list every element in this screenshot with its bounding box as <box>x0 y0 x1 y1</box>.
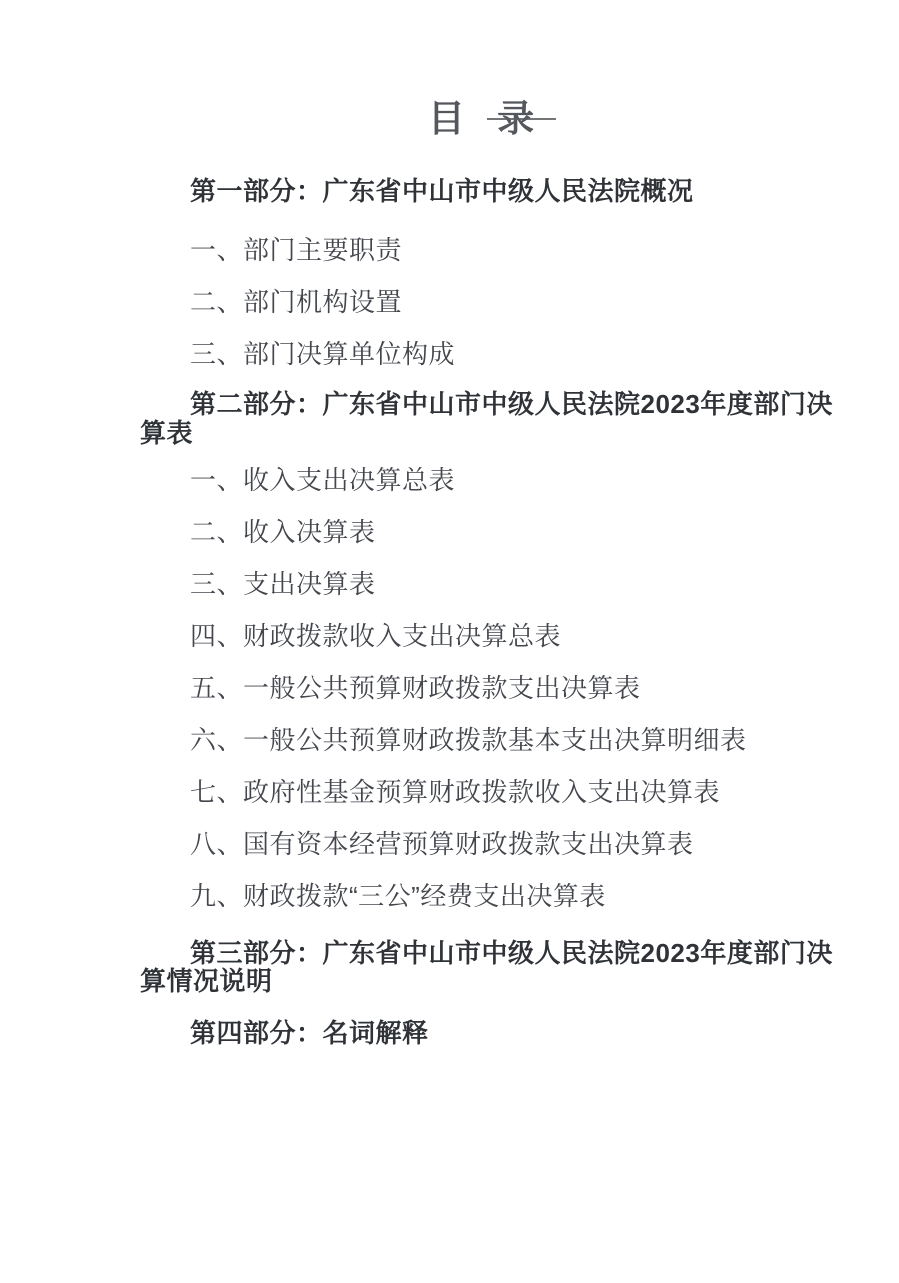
toc-item: 五、一般公共预算财政拨款支出决算表 <box>140 674 809 702</box>
toc-heading-part2-line1: 第二部分：广东省中山市中级人民法院2023年度部门决 <box>140 390 809 418</box>
toc-item: 一、部门主要职责 <box>140 236 809 264</box>
toc-item: 一、收入支出决算总表 <box>140 466 809 494</box>
toc-item: 六、一般公共预算财政拨款基本支出决算明细表 <box>140 726 809 754</box>
page-title: 目 录 <box>33 0 899 140</box>
toc-heading-part4: 第四部分：名词解释 <box>140 1019 809 1047</box>
document-page: 目 录 第一部分：广东省中山市中级人民法院概况 一、部门主要职责 二、部门机构设… <box>0 0 899 1283</box>
toc-item: 九、财政拨款“三公”经费支出决算表 <box>140 882 809 910</box>
toc-item: 三、部门决算单位构成 <box>140 340 809 368</box>
scan-artifact-line <box>487 118 556 120</box>
toc-item: 七、政府性基金预算财政拨款收入支出决算表 <box>140 778 809 806</box>
toc-item: 四、财政拨款收入支出决算总表 <box>140 622 809 650</box>
table-of-contents: 第一部分：广东省中山市中级人民法院概况 一、部门主要职责 二、部门机构设置 三、… <box>140 177 809 1047</box>
toc-heading-part2-line2: 算表 <box>140 419 809 447</box>
toc-item: 八、国有资本经营预算财政拨款支出决算表 <box>140 830 809 858</box>
toc-heading-part3-line2: 算情况说明 <box>140 967 809 995</box>
toc-heading-part1: 第一部分：广东省中山市中级人民法院概况 <box>140 177 809 205</box>
toc-item: 二、收入决算表 <box>140 518 809 546</box>
toc-item: 二、部门机构设置 <box>140 288 809 316</box>
toc-heading-part3-line1: 第三部分：广东省中山市中级人民法院2023年度部门决 <box>140 939 809 967</box>
toc-item: 三、支出决算表 <box>140 570 809 598</box>
